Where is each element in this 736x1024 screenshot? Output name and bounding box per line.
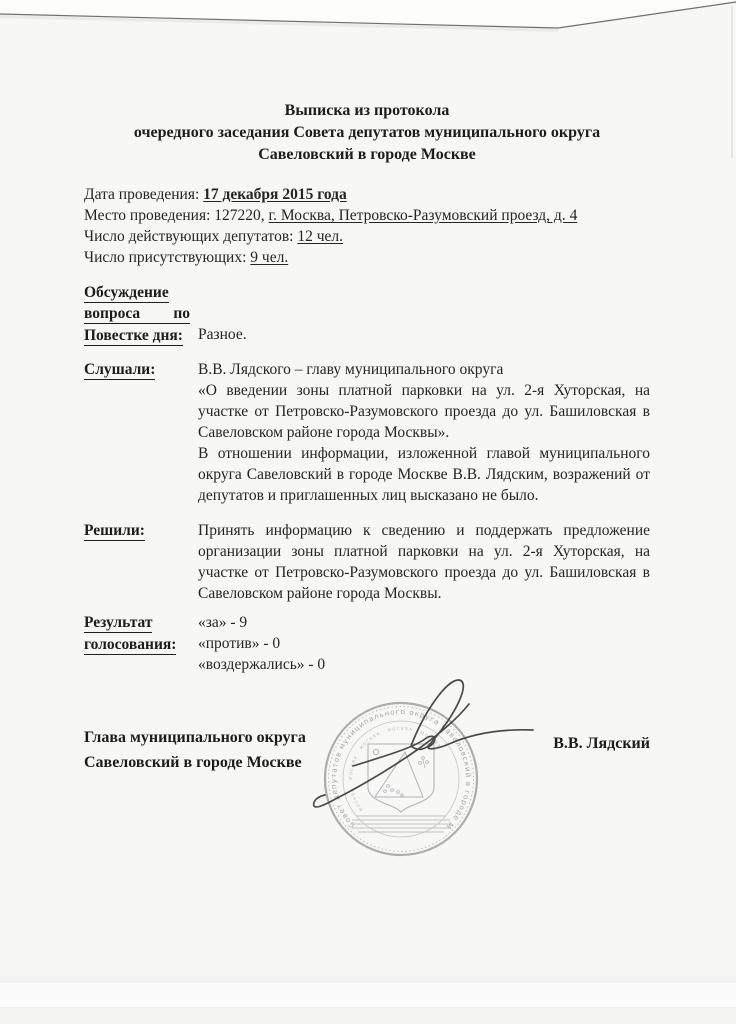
place-label: Место проведения: [84, 207, 214, 224]
bottom-scan-bands [0, 976, 736, 1024]
heard-topic: «О введении зоны платной парковки на ул.… [198, 380, 650, 443]
agenda-value-text: Разное. [198, 324, 650, 345]
present-label: Число присутствующих: [84, 249, 250, 266]
deputies-label: Число действующих депутатов: [84, 228, 297, 245]
place-zip: 127220, [214, 207, 268, 224]
scanned-page: Выписка из протокола очередного заседани… [0, 0, 736, 1024]
signer-position-line-1: Глава муниципального округа [84, 725, 306, 750]
heard-content: В.В. Лядского – главу муниципального окр… [198, 359, 650, 506]
title-line-1: Выписка из протокола [84, 100, 650, 122]
decided-label-text: Решили: [84, 521, 145, 541]
stamp-hatch-band [350, 816, 452, 832]
agenda-label-line-1: Обсуждение [84, 283, 169, 303]
decided-content: Принять информацию к сведению и поддержа… [198, 520, 650, 604]
signer-name: В.В. Лядский [553, 725, 650, 754]
vote-label-line-2: голосования: [84, 635, 176, 655]
meeting-meta: Дата проведения: 17 декабря 2015 года Ме… [84, 184, 650, 268]
signer-position: Глава муниципального округа Савеловский … [84, 725, 306, 775]
decided-label: Решили: [84, 520, 198, 604]
agenda-label-word-2: по [173, 304, 190, 323]
heard-label-text: Слушали: [84, 360, 155, 380]
deputies-value: 12 чел. [297, 228, 343, 245]
place-address: г. Москва, Петровско-Разумовский проезд,… [269, 207, 578, 224]
protocol-extract-document: Выписка из протокола очередного заседани… [84, 100, 650, 775]
present-value: 9 чел. [250, 249, 288, 266]
heard-row: Слушали: В.В. Лядского – главу муниципал… [84, 359, 650, 506]
agenda-label-line-2: вопросапо [84, 304, 190, 324]
title-line-2: очередного заседания Совета депутатов му… [84, 122, 650, 144]
vote-label: Результат голосования: [84, 612, 198, 675]
title-line-3: Савеловский в городе Москве [84, 144, 650, 166]
vote-for: «за» - 9 [198, 612, 650, 633]
agenda-row: Обсуждение вопросапо Повестке дня: Разно… [84, 282, 650, 347]
agenda-label: Обсуждение вопросапо Повестке дня: [84, 282, 198, 347]
vote-abstain: «воздержались» - 0 [198, 654, 650, 675]
heard-label: Слушали: [84, 359, 198, 506]
decided-row: Решили: Принять информацию к сведению и … [84, 520, 650, 604]
vote-label-line-1: Результат [84, 613, 152, 633]
heard-speaker: В.В. Лядского – главу муниципального окр… [198, 359, 650, 380]
deputies-count-line: Число действующих депутатов: 12 чел. [84, 226, 650, 247]
agenda-label-word-1: вопроса [84, 304, 140, 323]
vote-row: Результат голосования: «за» - 9 «против»… [84, 612, 650, 675]
heard-note: В отношении информации, изложенной главо… [198, 443, 650, 506]
vote-results: «за» - 9 «против» - 0 «воздержались» - 0 [198, 612, 650, 675]
present-count-line: Число присутствующих: 9 чел. [84, 247, 650, 268]
meeting-date-line: Дата проведения: 17 декабря 2015 года [84, 184, 650, 205]
signer-position-line-2: Савеловский в городе Москве [84, 750, 306, 775]
meeting-place-line: Место проведения: 127220, г. Москва, Пет… [84, 205, 650, 226]
agenda-value: Разное. [198, 282, 650, 347]
document-title: Выписка из протокола очередного заседани… [84, 100, 650, 166]
vote-against: «против» - 0 [198, 633, 650, 654]
date-value: 17 декабря 2015 года [203, 186, 347, 203]
decided-text: Принять информацию к сведению и поддержа… [198, 520, 650, 604]
signature-block: Глава муниципального округа Савеловский … [84, 725, 650, 775]
agenda-label-line-3: Повестке дня: [84, 326, 183, 346]
date-label: Дата проведения: [84, 186, 203, 203]
